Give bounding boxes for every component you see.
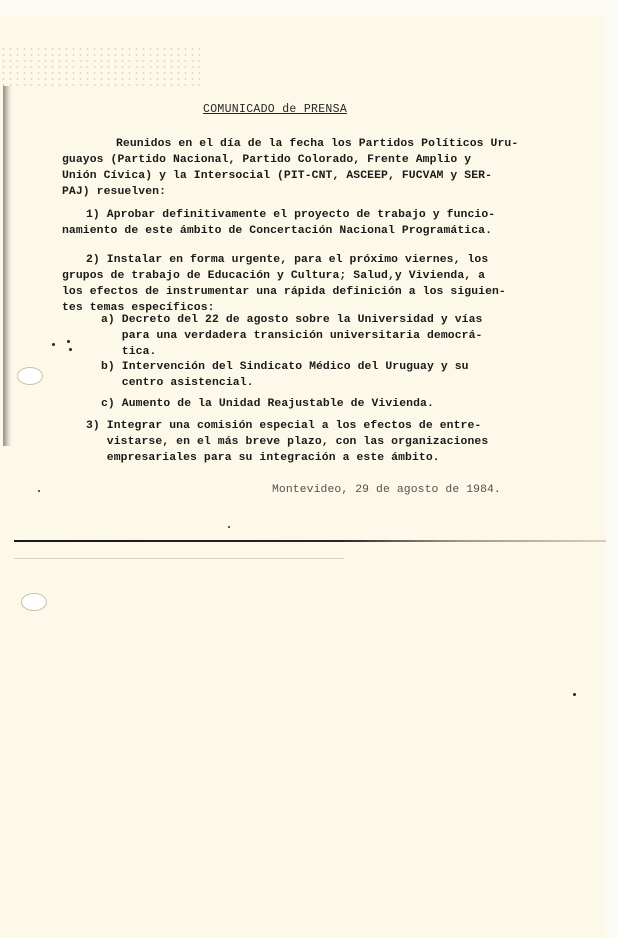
dateline: Montevideo, 29 de agosto de 1984. xyxy=(272,483,501,498)
ink-mark xyxy=(573,693,576,696)
ink-mark xyxy=(67,340,70,343)
punch-hole-lower xyxy=(21,593,47,611)
subpoint-a-line-3: tica. xyxy=(101,345,156,360)
intro-line-1: Reunidos en el día de la fecha los Parti… xyxy=(116,137,518,152)
ink-mark xyxy=(69,348,72,351)
intro-line-2: guayos (Partido Nacional, Partido Colora… xyxy=(62,153,471,168)
point-1-line-2: namiento de este ámbito de Concertación … xyxy=(62,224,492,239)
ink-mark xyxy=(38,490,40,492)
scanned-edge-shadow xyxy=(3,86,12,446)
point-1-line-1: 1) Aprobar definitivamente el proyecto d… xyxy=(86,208,495,223)
paper-speckle xyxy=(0,46,200,86)
faint-rule xyxy=(14,558,344,559)
subpoint-a-line-2: para una verdadera transición universita… xyxy=(101,329,482,344)
point-2-line-1: 2) Instalar en forma urgente, para el pr… xyxy=(86,253,488,268)
intro-line-3: Unión Cívica) y la Intersocial (PIT-CNT,… xyxy=(62,169,492,184)
point-2-line-2: grupos de trabajo de Educación y Cultura… xyxy=(62,269,485,284)
point-3-line-2: vistarse, en el más breve plazo, con las… xyxy=(86,435,488,450)
point-3-line-3: empresariales para su integración a este… xyxy=(86,451,440,466)
ink-mark xyxy=(52,343,55,346)
subpoint-c-line-1: c) Aumento de la Unidad Reajustable de V… xyxy=(101,397,434,412)
subpoint-a-line-1: a) Decreto del 22 de agosto sobre la Uni… xyxy=(101,313,482,328)
point-2-line-3: los efectos de instrumentar una rápida d… xyxy=(62,285,506,300)
document-title: COMUNICADO de PRENSA xyxy=(203,103,347,116)
point-3-line-1: 3) Integrar una comisión especial a los … xyxy=(86,419,481,434)
horizontal-rule xyxy=(14,540,606,542)
punch-hole-upper xyxy=(17,367,43,385)
ink-mark xyxy=(228,526,230,528)
subpoint-b-line-2: centro asistencial. xyxy=(101,376,254,391)
subpoint-b-line-1: b) Intervención del Sindicato Médico del… xyxy=(101,360,469,375)
intro-line-4: PAJ) resuelven: xyxy=(62,185,166,200)
